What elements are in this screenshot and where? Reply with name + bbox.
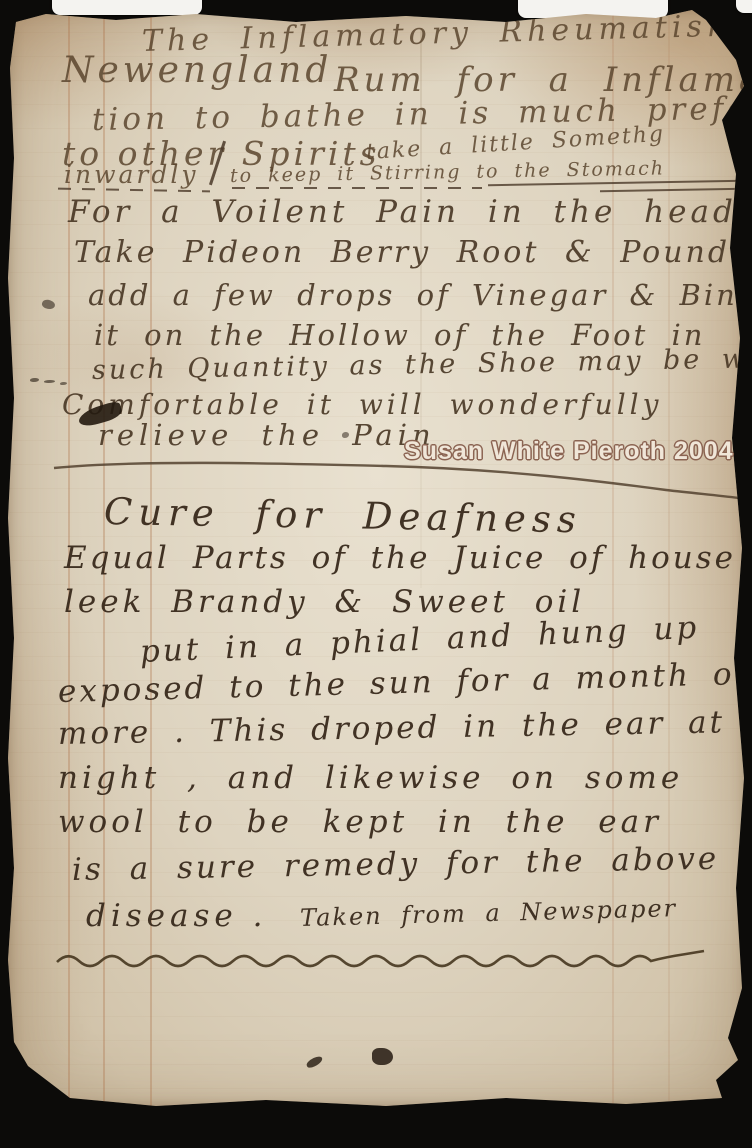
ink-blot — [41, 298, 56, 311]
manuscript-line-headache-heading: For a Voilent Pain in the head — [68, 194, 737, 230]
underline-stroke — [600, 188, 746, 193]
manuscript-line-source-note: Taken from a Newspaper — [300, 894, 678, 932]
manuscript-line: Take Pideon Berry Root & Pound it — [74, 235, 752, 270]
photographer-watermark: Susan White Pieroth 2004 — [404, 437, 734, 466]
manuscript-line: relieve the Pain — [98, 418, 436, 452]
ink-blot — [558, 1108, 588, 1118]
dashed-underline — [232, 187, 482, 189]
ink-divider-wavy-line — [54, 940, 752, 976]
ink-blot — [372, 1048, 393, 1065]
manuscript-line: leek Brandy & Sweet oil — [64, 584, 585, 620]
manuscript-line: add a few drops of Vinegar & Bind — [88, 278, 752, 312]
ink-blot — [305, 1055, 324, 1069]
manuscript-line: wool to be kept in the ear — [58, 804, 662, 840]
manuscript-line: is a sure remedy for the above — [72, 841, 720, 888]
manuscript-line: Newengland — [62, 50, 332, 91]
manuscript-line: Equal Parts of the Juice of house — [64, 540, 736, 576]
ink-blot — [60, 382, 67, 385]
scanned-manuscript-page: The Inflamatory Rheumatism Newengland Ru… — [0, 0, 752, 1148]
manuscript-line: more . This droped in the ear at — [58, 704, 726, 752]
manuscript-line: night , and likewise on some — [58, 760, 683, 796]
manuscript-line-deafness-heading: Cure for Deafness — [104, 490, 583, 541]
manuscript-line: Comfortable it will wonderfully — [62, 388, 662, 421]
ink-blot — [486, 1108, 522, 1137]
mounting-tab-corner — [736, 0, 752, 13]
mounting-tab-left — [52, 0, 202, 15]
manuscript-line: inwardly — [64, 160, 198, 189]
ink-blot — [519, 1106, 535, 1115]
manuscript-line: disease . — [86, 898, 267, 934]
manuscript-paper: The Inflamatory Rheumatism Newengland Ru… — [6, 8, 748, 1108]
ink-blot — [44, 380, 55, 383]
ink-blot — [30, 378, 39, 382]
